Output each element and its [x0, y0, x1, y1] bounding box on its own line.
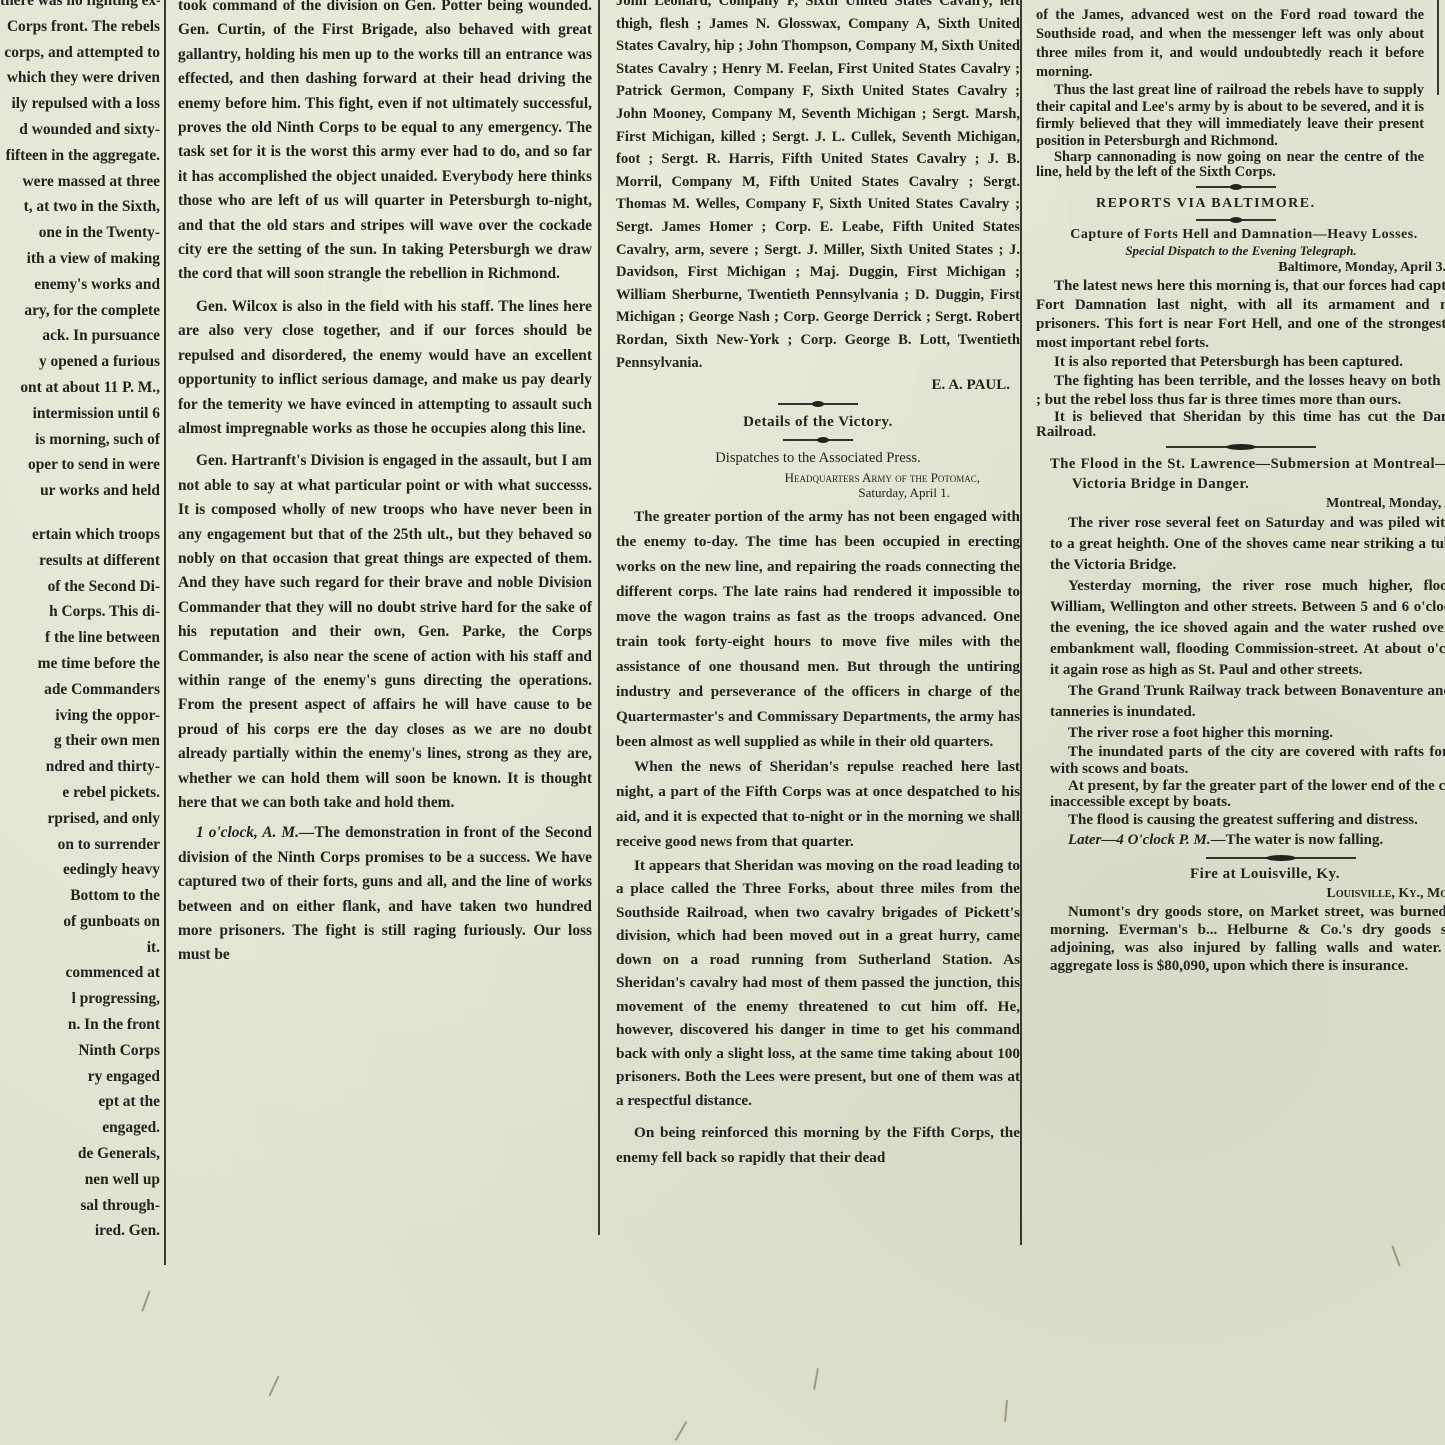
- column-rule-3: [1020, 0, 1022, 1245]
- column-1-line: l progressing,: [0, 986, 160, 1012]
- column-1-line: eedingly heavy: [0, 857, 160, 883]
- article-paragraph: It appears that Sheridan was moving on t…: [616, 854, 1020, 1113]
- paper-fiber: [1004, 1400, 1008, 1422]
- article-paragraph-fire: Numont's dry goods store, on Market stre…: [1050, 903, 1445, 975]
- signature: E. A. PAUL.: [616, 374, 1020, 397]
- column-1-line: Corps front. The rebels: [0, 14, 160, 40]
- column-2-paragraph-2: Gen. Wilcox is also in the field with hi…: [178, 295, 592, 441]
- article-paragraph: Yesterday morning, the river rose much h…: [1050, 576, 1445, 681]
- column-1-line: d wounded and sixty-: [0, 117, 160, 143]
- column-1-line: ack. In pursuance: [0, 323, 160, 349]
- headline-forts: Capture of Forts Hell and Damnation—Heav…: [1036, 227, 1445, 243]
- article-paragraph: On being reinforced this morning by the …: [616, 1120, 1020, 1170]
- column-1-line: me time before the: [0, 651, 160, 677]
- column-1-line: iving the oppor-: [0, 703, 160, 729]
- column-2: took command of the division on Gen. Pot…: [178, 0, 592, 968]
- column-3: John Leonard, Company F, Sixth United St…: [616, 0, 1020, 1170]
- casualty-list: John Leonard, Company F, Sixth United St…: [616, 0, 1020, 374]
- column-1-line: [0, 504, 160, 522]
- column-1-line: sal through-: [0, 1193, 160, 1219]
- column-1-line: ept at the: [0, 1089, 160, 1115]
- article-paragraph: Sharp cannonading is now going on near t…: [1036, 150, 1424, 180]
- column-1-line: of the Second Di-: [0, 574, 160, 600]
- column-1-line: intermission until 6: [0, 401, 160, 427]
- column-1-line: ry engaged: [0, 1064, 160, 1090]
- column-1-line: ont at about 11 P. M.,: [0, 375, 160, 401]
- column-1-line: ndred and thirty-: [0, 754, 160, 780]
- article-paragraph: The greater portion of the army has not …: [616, 504, 1020, 754]
- headline-fire: Fire at Louisville, Ky.: [1190, 865, 1445, 884]
- column-rule-1: [164, 0, 166, 1265]
- column-1-line: on to surrender: [0, 832, 160, 858]
- column-1-line: were massed at three: [0, 169, 160, 195]
- article-paragraph: It is also reported that Petersburgh has…: [1036, 353, 1445, 372]
- column-1-line: y opened a furious: [0, 349, 160, 375]
- column-4: of the James, advanced west on the Ford …: [1036, 6, 1445, 975]
- column-1-line: Bottom to the: [0, 883, 160, 909]
- article-paragraph-later: Later—4 O'clock P. M.—The water is now f…: [1050, 831, 1445, 849]
- column-1-line: corps, and attempted to: [0, 40, 160, 66]
- column-1-line: t, at two in the Sixth,: [0, 194, 160, 220]
- column-1-line: ertain which troops: [0, 522, 160, 548]
- column-1: there was no fighting ex-Corps front. Th…: [0, 0, 160, 1244]
- paper-fiber: [141, 1290, 150, 1311]
- article-paragraph: The latest news here this morning is, th…: [1036, 277, 1445, 353]
- article-paragraph: The flood is causing the greatest suffer…: [1050, 810, 1445, 831]
- dateline-montreal: Montreal, Monday, April: [1050, 494, 1445, 513]
- column-1-line: de Generals,: [0, 1141, 160, 1167]
- subtitle-dispatches: Dispatches to the Associated Press.: [616, 447, 1020, 470]
- column-1-line: fifteen in the aggregate.: [0, 143, 160, 169]
- article-paragraph: Thus the last great line of railroad the…: [1036, 82, 1424, 150]
- article-paragraph: At present, by far the greater part of t…: [1050, 778, 1445, 810]
- dateline: Headquarters Army of the Potomac, Saturd…: [616, 470, 1020, 500]
- article-paragraph: The river rose several feet on Saturday …: [1050, 513, 1445, 576]
- column-1-line: one in the Twenty-: [0, 220, 160, 246]
- column-2-paragraph-4: 1 o'clock, A. M.—The demonstration in fr…: [178, 821, 592, 967]
- dateline-date: Saturday, April 1.: [616, 485, 980, 500]
- column-1-line: f the line between: [0, 625, 160, 651]
- headline-flood: The Flood in the St. Lawrence—Submersion…: [1050, 454, 1445, 494]
- dateline-louisville: Louisville, Ky., Monday: [1050, 884, 1445, 903]
- timestamp-1am: 1 o'clock, A. M.: [196, 824, 299, 841]
- divider-ornament: [1196, 186, 1276, 188]
- column-1-line: g their own men: [0, 728, 160, 754]
- column-rule-2: [598, 0, 600, 1235]
- article-paragraph: The river rose a foot higher this mornin…: [1050, 723, 1445, 744]
- section-title-baltimore: REPORTS VIA BALTIMORE.: [1096, 194, 1445, 213]
- divider-ornament: [1206, 857, 1356, 859]
- column-1-line: results at different: [0, 548, 160, 574]
- paper-fiber: [813, 1368, 819, 1390]
- divider-ornament: [1196, 219, 1276, 221]
- article-paragraph: of the James, advanced west on the Ford …: [1036, 6, 1424, 82]
- column-1-line: ary, for the complete: [0, 298, 160, 324]
- column-1-line: commenced at: [0, 960, 160, 986]
- section-title-details: Details of the Victory.: [616, 411, 1020, 434]
- column-1-line: there was no fighting ex-: [0, 0, 160, 14]
- column-1-lines: there was no fighting ex-Corps front. Th…: [0, 0, 160, 1244]
- column-2-paragraph-1: took command of the division on Gen. Pot…: [178, 0, 592, 287]
- article-paragraph: The Grand Trunk Railway track between Bo…: [1050, 681, 1445, 723]
- column-1-line: is morning, such of: [0, 427, 160, 453]
- divider-ornament: [1166, 446, 1316, 448]
- column-1-line: ily repulsed with a loss: [0, 91, 160, 117]
- column-1-line: of gunboats on: [0, 909, 160, 935]
- article-paragraph: It is believed that Sheridan by this tim…: [1036, 410, 1445, 440]
- dateline-place: Headquarters Army of the Potomac,: [616, 470, 980, 485]
- paper-fiber: [268, 1376, 279, 1397]
- article-body: The greater portion of the army has not …: [616, 504, 1020, 1171]
- column-1-line: enemy's works and: [0, 272, 160, 298]
- column-1-line: h Corps. This di-: [0, 599, 160, 625]
- column-1-line: ur works and held: [0, 478, 160, 504]
- column-1-line: oper to send in were: [0, 452, 160, 478]
- divider-ornament: [778, 403, 858, 405]
- paper-fiber: [675, 1421, 688, 1441]
- column-1-line: which they were driven: [0, 65, 160, 91]
- column-1-line: ired. Gen.: [0, 1218, 160, 1244]
- column-1-line: rprised, and only: [0, 806, 160, 832]
- column-1-line: nen well up: [0, 1167, 160, 1193]
- column-1-line: Ninth Corps: [0, 1038, 160, 1064]
- column-1-line: n. In the front: [0, 1012, 160, 1038]
- column-1-line: ith a view of making: [0, 246, 160, 272]
- article-paragraph: When the news of Sheridan's repulse reac…: [616, 754, 1020, 854]
- article-paragraph: The inundated parts of the city are cove…: [1050, 744, 1445, 778]
- column-1-line: engaged.: [0, 1115, 160, 1141]
- column-1-line: it.: [0, 935, 160, 961]
- column-2-paragraph-3: Gen. Hartranft's Division is engaged in …: [178, 449, 592, 815]
- paper-fiber: [1391, 1245, 1400, 1266]
- dateline-baltimore: Baltimore, Monday, April 3.: [1036, 259, 1445, 277]
- column-1-line: e rebel pickets.: [0, 780, 160, 806]
- byline: Special Dispatch to the Evening Telegrap…: [1036, 243, 1445, 259]
- column-1-line: ade Commanders: [0, 677, 160, 703]
- later-label: Later—4 O'clock P. M.: [1068, 832, 1211, 848]
- divider-ornament: [783, 439, 853, 441]
- article-paragraph: The fighting has been terrible, and the …: [1036, 372, 1445, 410]
